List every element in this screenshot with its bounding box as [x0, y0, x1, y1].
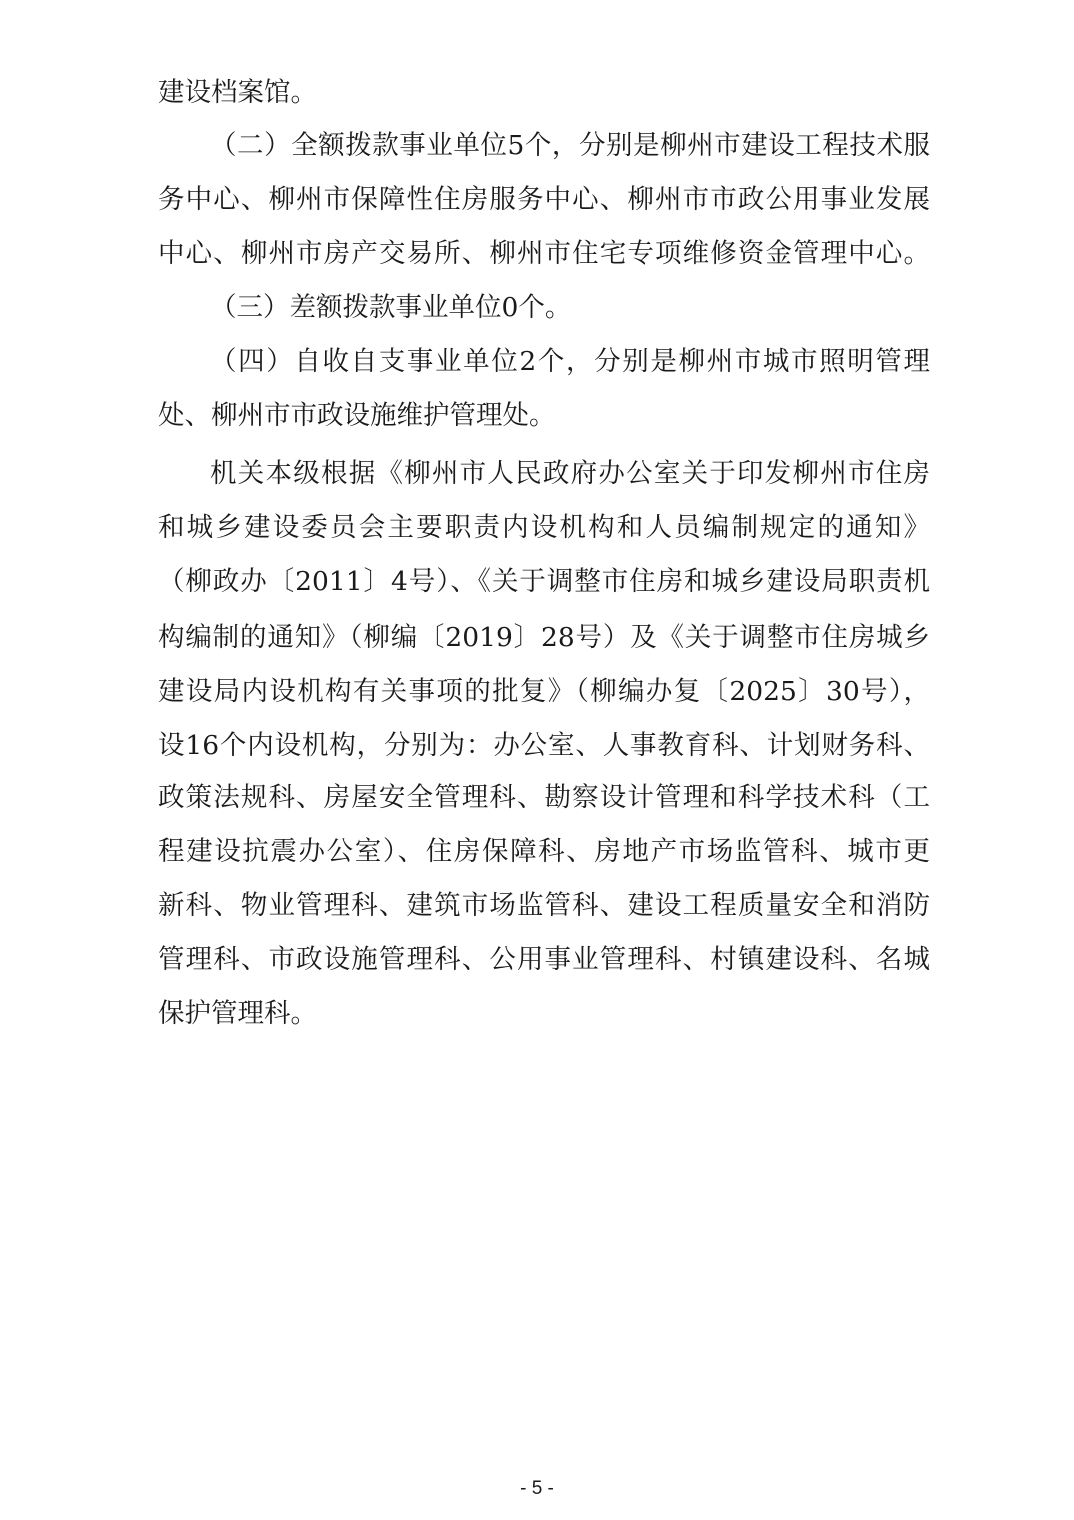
paragraph-line: （三）差额拨款事业单位0个。	[210, 288, 930, 328]
paragraph-line: （柳政办〔2011〕4号）、《关于调整市住房和城乡建设局职责机	[158, 562, 930, 602]
paragraph-line: 保护管理科。	[158, 994, 930, 1034]
paragraph-line: 新科、物业管理科、建筑市场监管科、建设工程质量安全和消防	[158, 886, 930, 926]
paragraph-line: 机关本级根据《柳州市人民政府办公室关于印发柳州市住房	[210, 454, 930, 494]
paragraph-line: 和城乡建设委员会主要职责内设机构和人员编制规定的通知》	[158, 508, 930, 548]
paragraph-line: （四）自收自支事业单位2个，分别是柳州市城市照明管理	[210, 342, 930, 382]
paragraph-line: 建设局内设机构有关事项的批复》（柳编办复〔2025〕30号），	[158, 672, 930, 712]
paragraph-line: 政策法规科、房屋安全管理科、勘察设计管理和科学技术科（工	[158, 778, 930, 818]
paragraph-line: 构编制的通知》（柳编〔2019〕28号）及《关于调整市住房城乡	[158, 618, 930, 658]
paragraph-line: 处、柳州市市政设施维护管理处。	[158, 396, 930, 436]
document-page: 建设档案馆。 （二）全额拨款事业单位5个，分别是柳州市建设工程技术服 务中心、柳…	[0, 0, 1074, 1520]
page-number: - 5 -	[0, 1478, 1074, 1500]
paragraph-line: 建设档案馆。	[158, 73, 930, 113]
paragraph-line: 管理科、市政设施管理科、公用事业管理科、村镇建设科、名城	[158, 940, 930, 980]
paragraph-line: 设16个内设机构，分别为：办公室、人事教育科、计划财务科、	[158, 726, 930, 766]
paragraph-line: （二）全额拨款事业单位5个，分别是柳州市建设工程技术服	[210, 126, 930, 166]
paragraph-line: 中心、柳州市房产交易所、柳州市住宅专项维修资金管理中心。	[158, 234, 930, 274]
paragraph-line: 务中心、柳州市保障性住房服务中心、柳州市市政公用事业发展	[158, 180, 930, 220]
paragraph-line: 程建设抗震办公室）、住房保障科、房地产市场监管科、城市更	[158, 832, 930, 872]
